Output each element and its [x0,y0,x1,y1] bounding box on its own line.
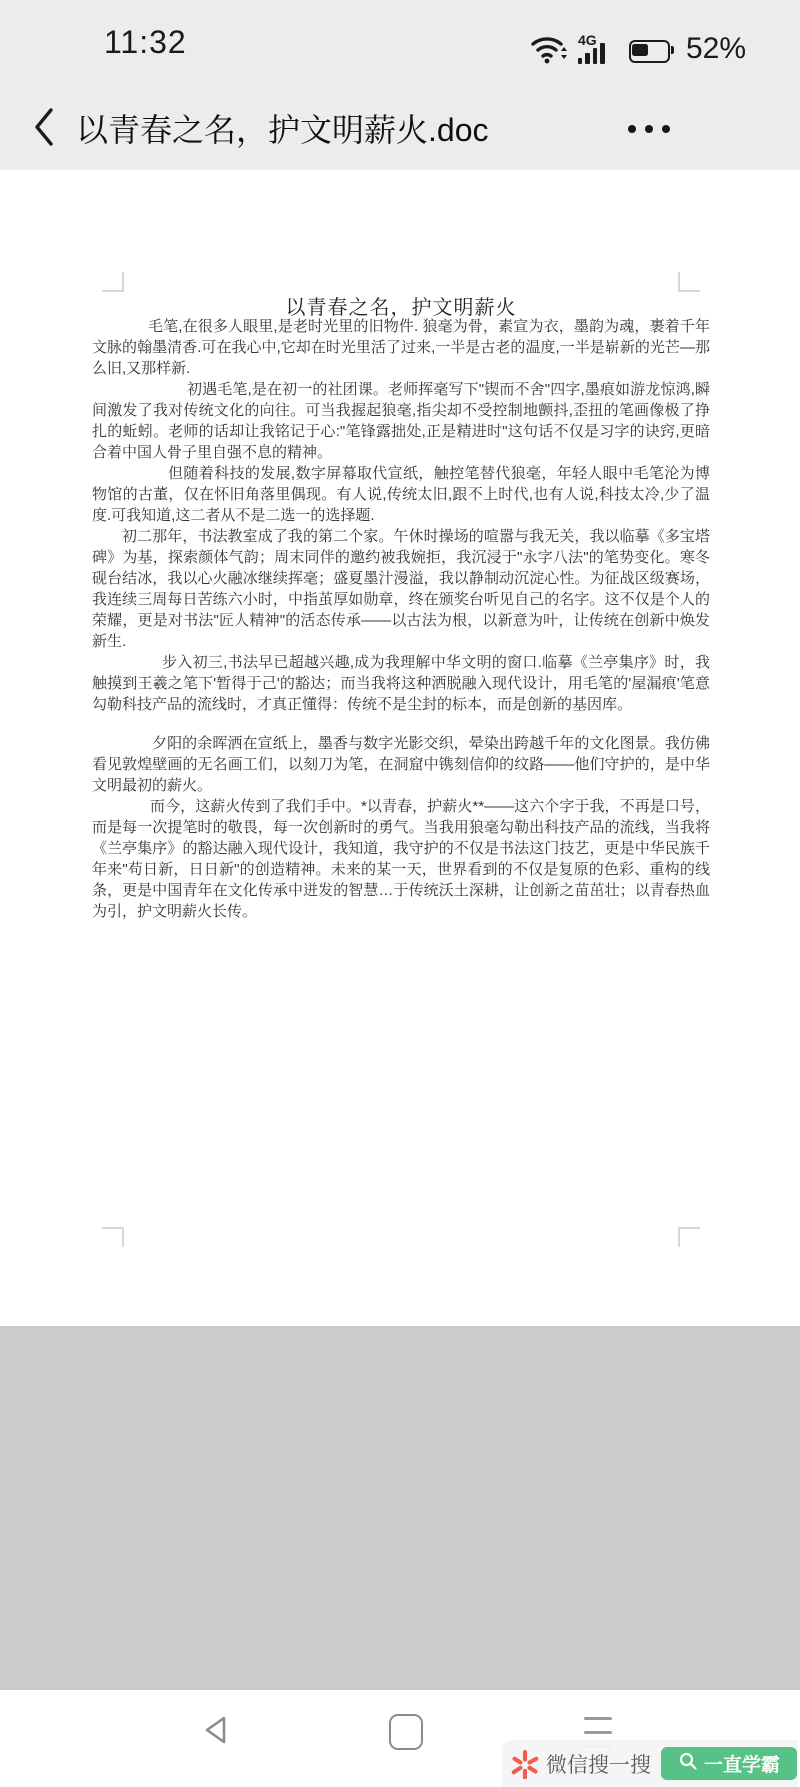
status-icons: 4G 52% [531,28,746,64]
doc-paragraph: 毛笔,在很多人眼里,是老时光里的旧物件. 狼毫为骨，素宣为衣，墨韵为魂，裹着千年… [92,316,710,379]
doc-paragraph: 步入初三,书法早已超越兴趣,成为我理解中华文明的窗口.临摹《兰亭集序》时，我触摸… [92,652,710,715]
doc-paragraph: 初二那年，书法教室成了我的第二个家。午休时操场的喧嚣与我无关，我以临摹《多宝塔碑… [92,526,710,652]
battery-percent-label: 52% [686,32,746,66]
search-keyword-label: 一直学霸 [704,1750,780,1777]
back-triangle-icon [201,1714,231,1751]
corner-mark-top-right [678,272,700,292]
doc-paragraph: 而今，这薪火传到了我们手中。*以青春，护薪火**——这六个字于我，不再是口号，而… [92,796,710,922]
status-bar: 11:32 4G 52% [0,0,800,88]
wifi-icon [531,34,567,64]
battery-icon [629,40,675,62]
clock-text: 11:32 [104,24,187,61]
home-square-icon [389,1714,423,1750]
wechat-search-watermark: 微信搜一搜 一直学霸 [502,1740,798,1787]
corner-mark-bottom-right [678,1227,700,1247]
document-title: 以青春之名，护文明薪火.doc [76,105,596,151]
doc-paragraph: 初遇毛笔,是在初一的社团课。老师挥毫写下"锲而不舍"四字,墨痕如游龙惊鸿,瞬间激… [92,379,710,463]
doc-paragraph: 但随着科技的发展,数字屏幕取代宣纸，触控笔替代狼毫，年轻人眼中毛笔沦为博物馆的古… [92,463,710,526]
chevron-left-icon [31,106,57,153]
signal-strength-icon: 4G [578,36,618,64]
corner-mark-bottom-left [102,1227,124,1247]
back-button[interactable] [22,106,66,152]
signal-bars [578,43,605,64]
more-options-button[interactable] [624,114,674,144]
doc-body-text: 毛笔,在很多人眼里,是老时光里的旧物件. 狼毫为骨，素宣为衣，墨韵为魂，裹着千年… [92,316,710,922]
app-header: 以青春之名，护文明薪火.doc [0,88,800,170]
search-keyword-button[interactable]: 一直学霸 [661,1747,797,1780]
more-horizontal-icon [628,125,636,133]
search-icon [678,1751,698,1776]
corner-mark-top-left [102,272,124,292]
doc-paragraph: 夕阳的余晖洒在宣纸上，墨香与数字光影交织，晕染出跨越千年的文化图景。我仿佛看见敦… [92,733,710,796]
wechat-search-label: 微信搜一搜 [546,1749,651,1779]
wechat-search-logo-icon [510,1749,540,1779]
nav-home-button[interactable] [376,1704,436,1760]
nav-back-button[interactable] [186,1704,246,1760]
viewer-backdrop [0,1326,800,1690]
